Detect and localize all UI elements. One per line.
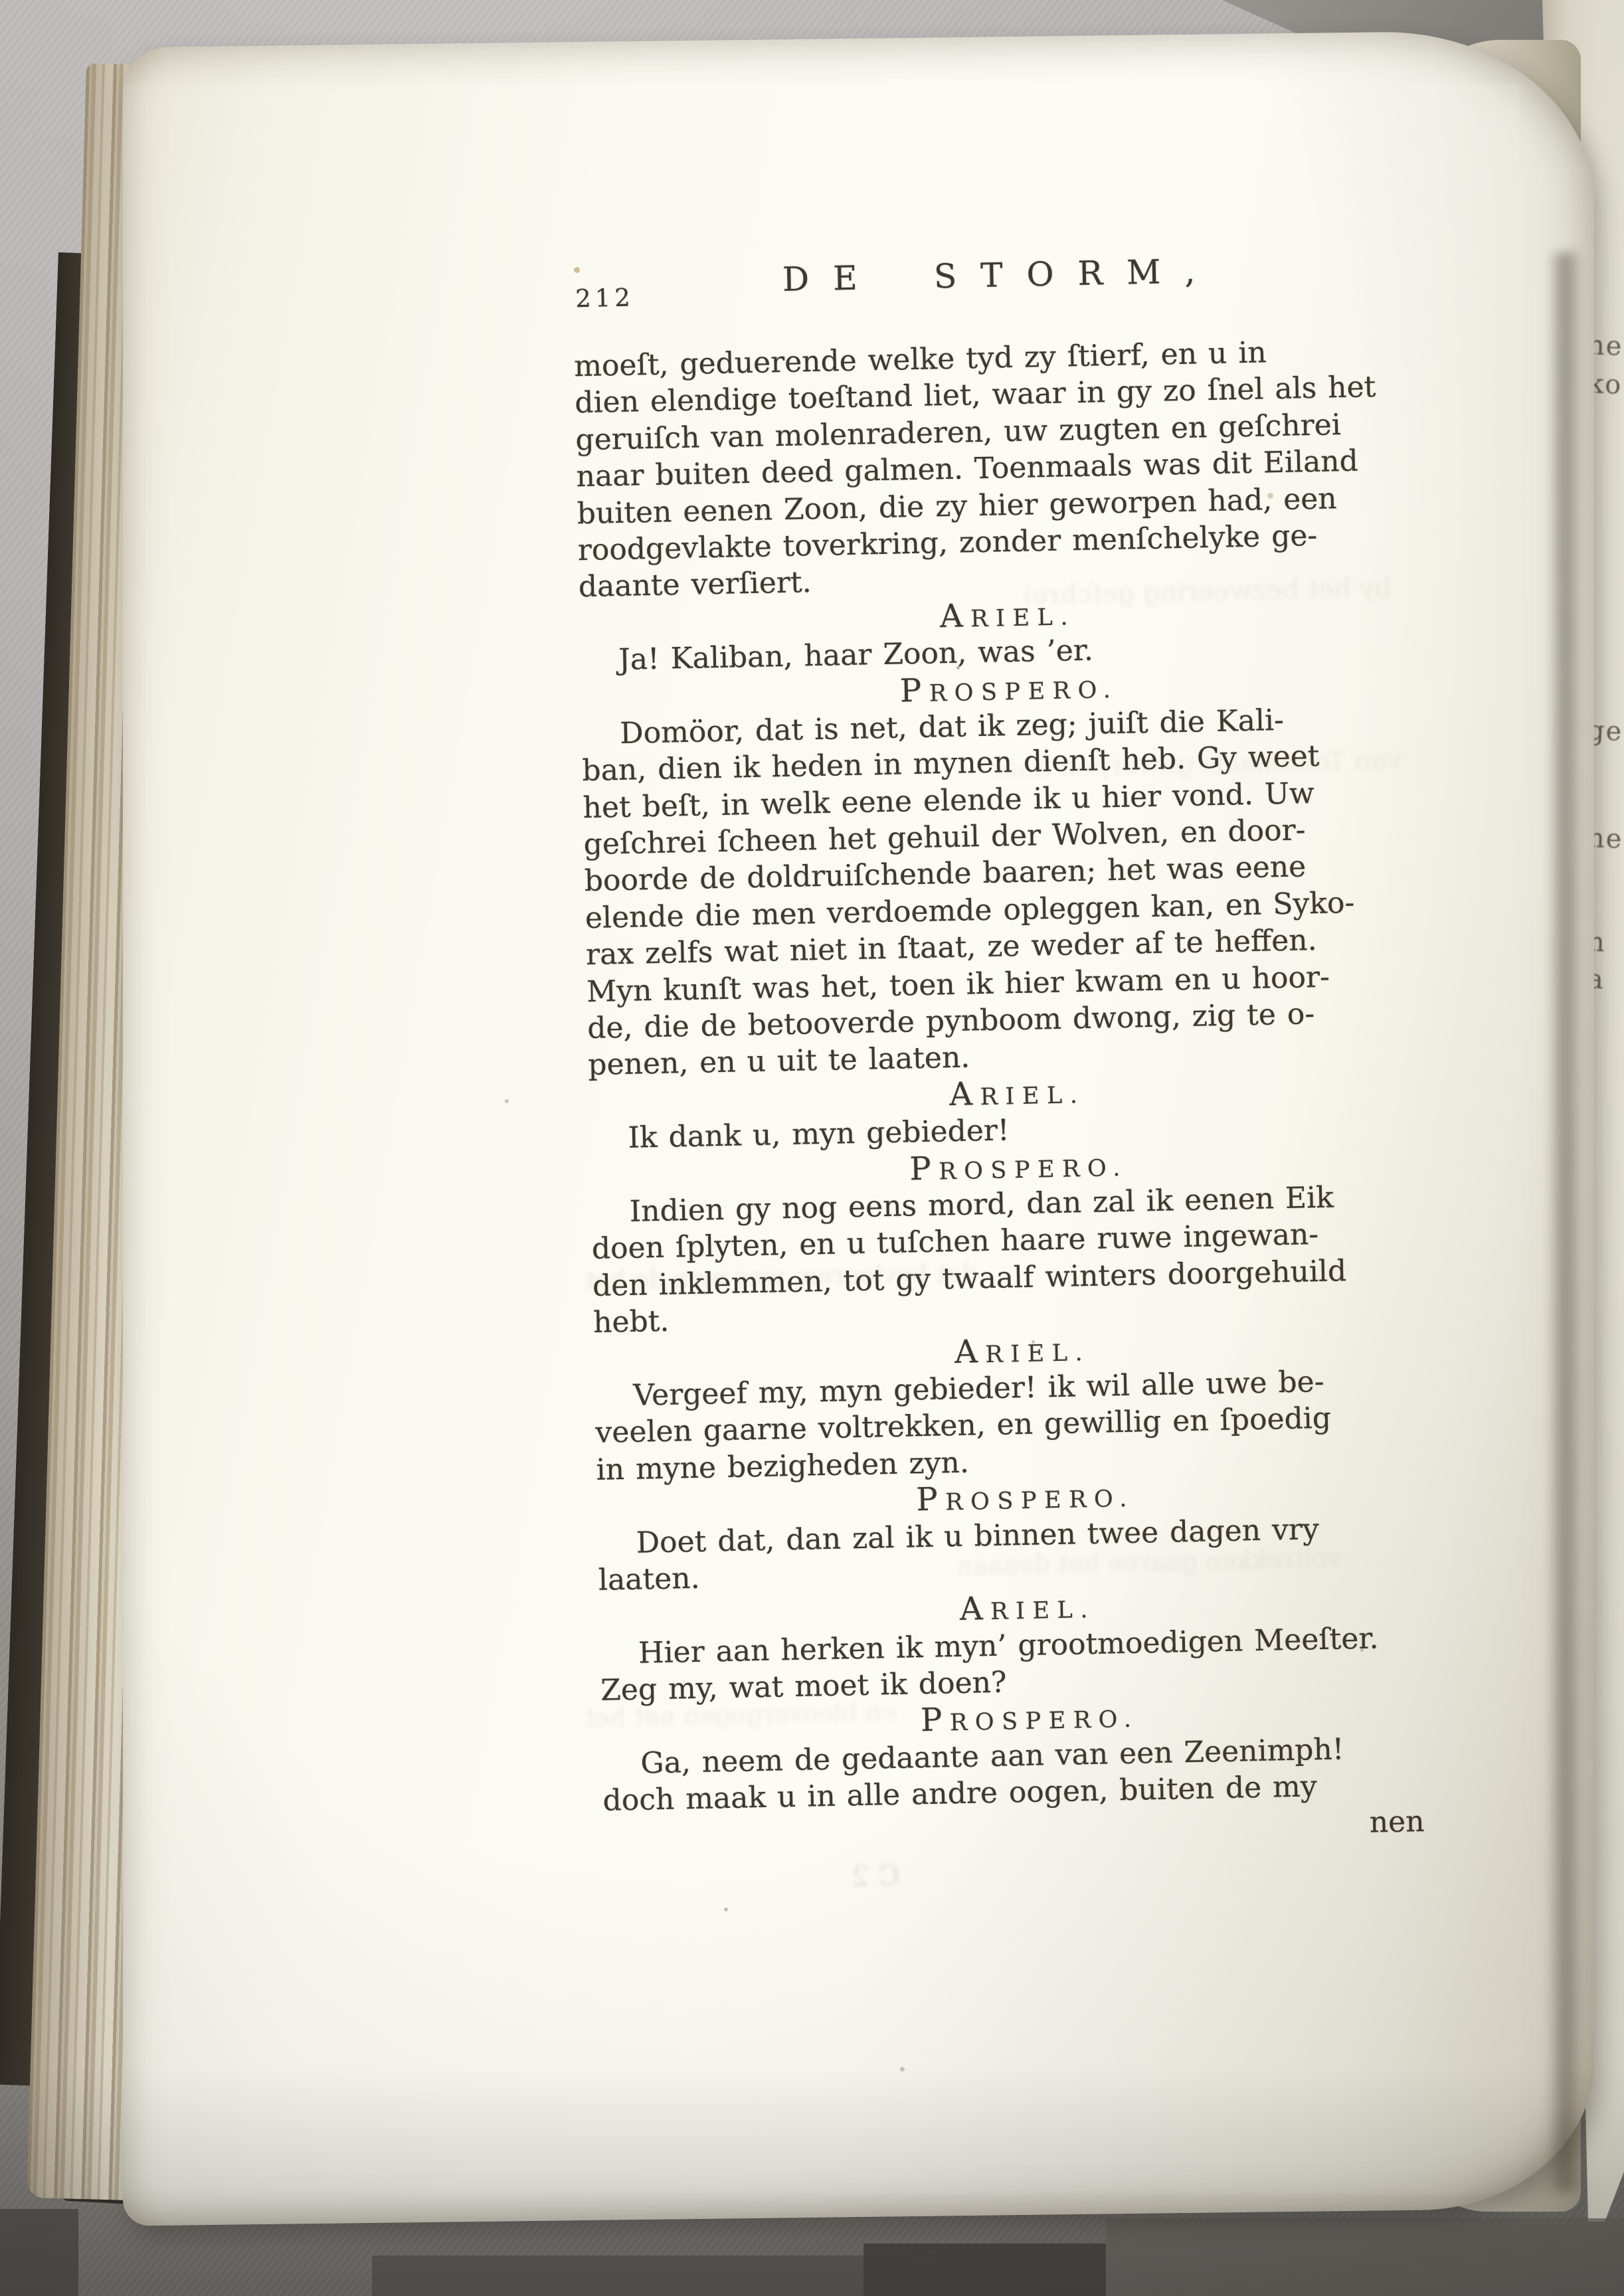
paper-speck: [956, 666, 960, 669]
page-header: 212 DE STORM,: [572, 247, 1430, 343]
paper-speck: [900, 2067, 905, 2072]
book-photo: nekogehena 212 DE STORM, moeſt, gedueren…: [0, 0, 1624, 2296]
fabric-shadow-patch: [0, 2209, 78, 2296]
page-number: 212: [575, 283, 634, 313]
paper-speck: [1267, 493, 1273, 499]
text-block: moeſt, geduerende welke tyd zy ſtierf, e…: [574, 331, 1461, 1856]
fabric-shadow-patch: [1106, 2218, 1624, 2296]
paper-speck: [724, 1907, 728, 1911]
paper-speck: [1360, 1648, 1364, 1652]
paper-speck: [505, 1099, 509, 1103]
running-title: DE STORM,: [782, 252, 1219, 299]
fabric-shadow-patch: [863, 2244, 1106, 2296]
gutter-crease-shadow: [1548, 252, 1579, 2192]
paper-speck: [1032, 1340, 1035, 1344]
paper-speck: [574, 267, 580, 273]
bleedthrough-ghost: C 2: [851, 1859, 899, 1893]
printed-content: 212 DE STORM, moeſt, geduerende welke ty…: [572, 247, 1461, 1856]
fabric-shadow-patch: [372, 2255, 863, 2296]
